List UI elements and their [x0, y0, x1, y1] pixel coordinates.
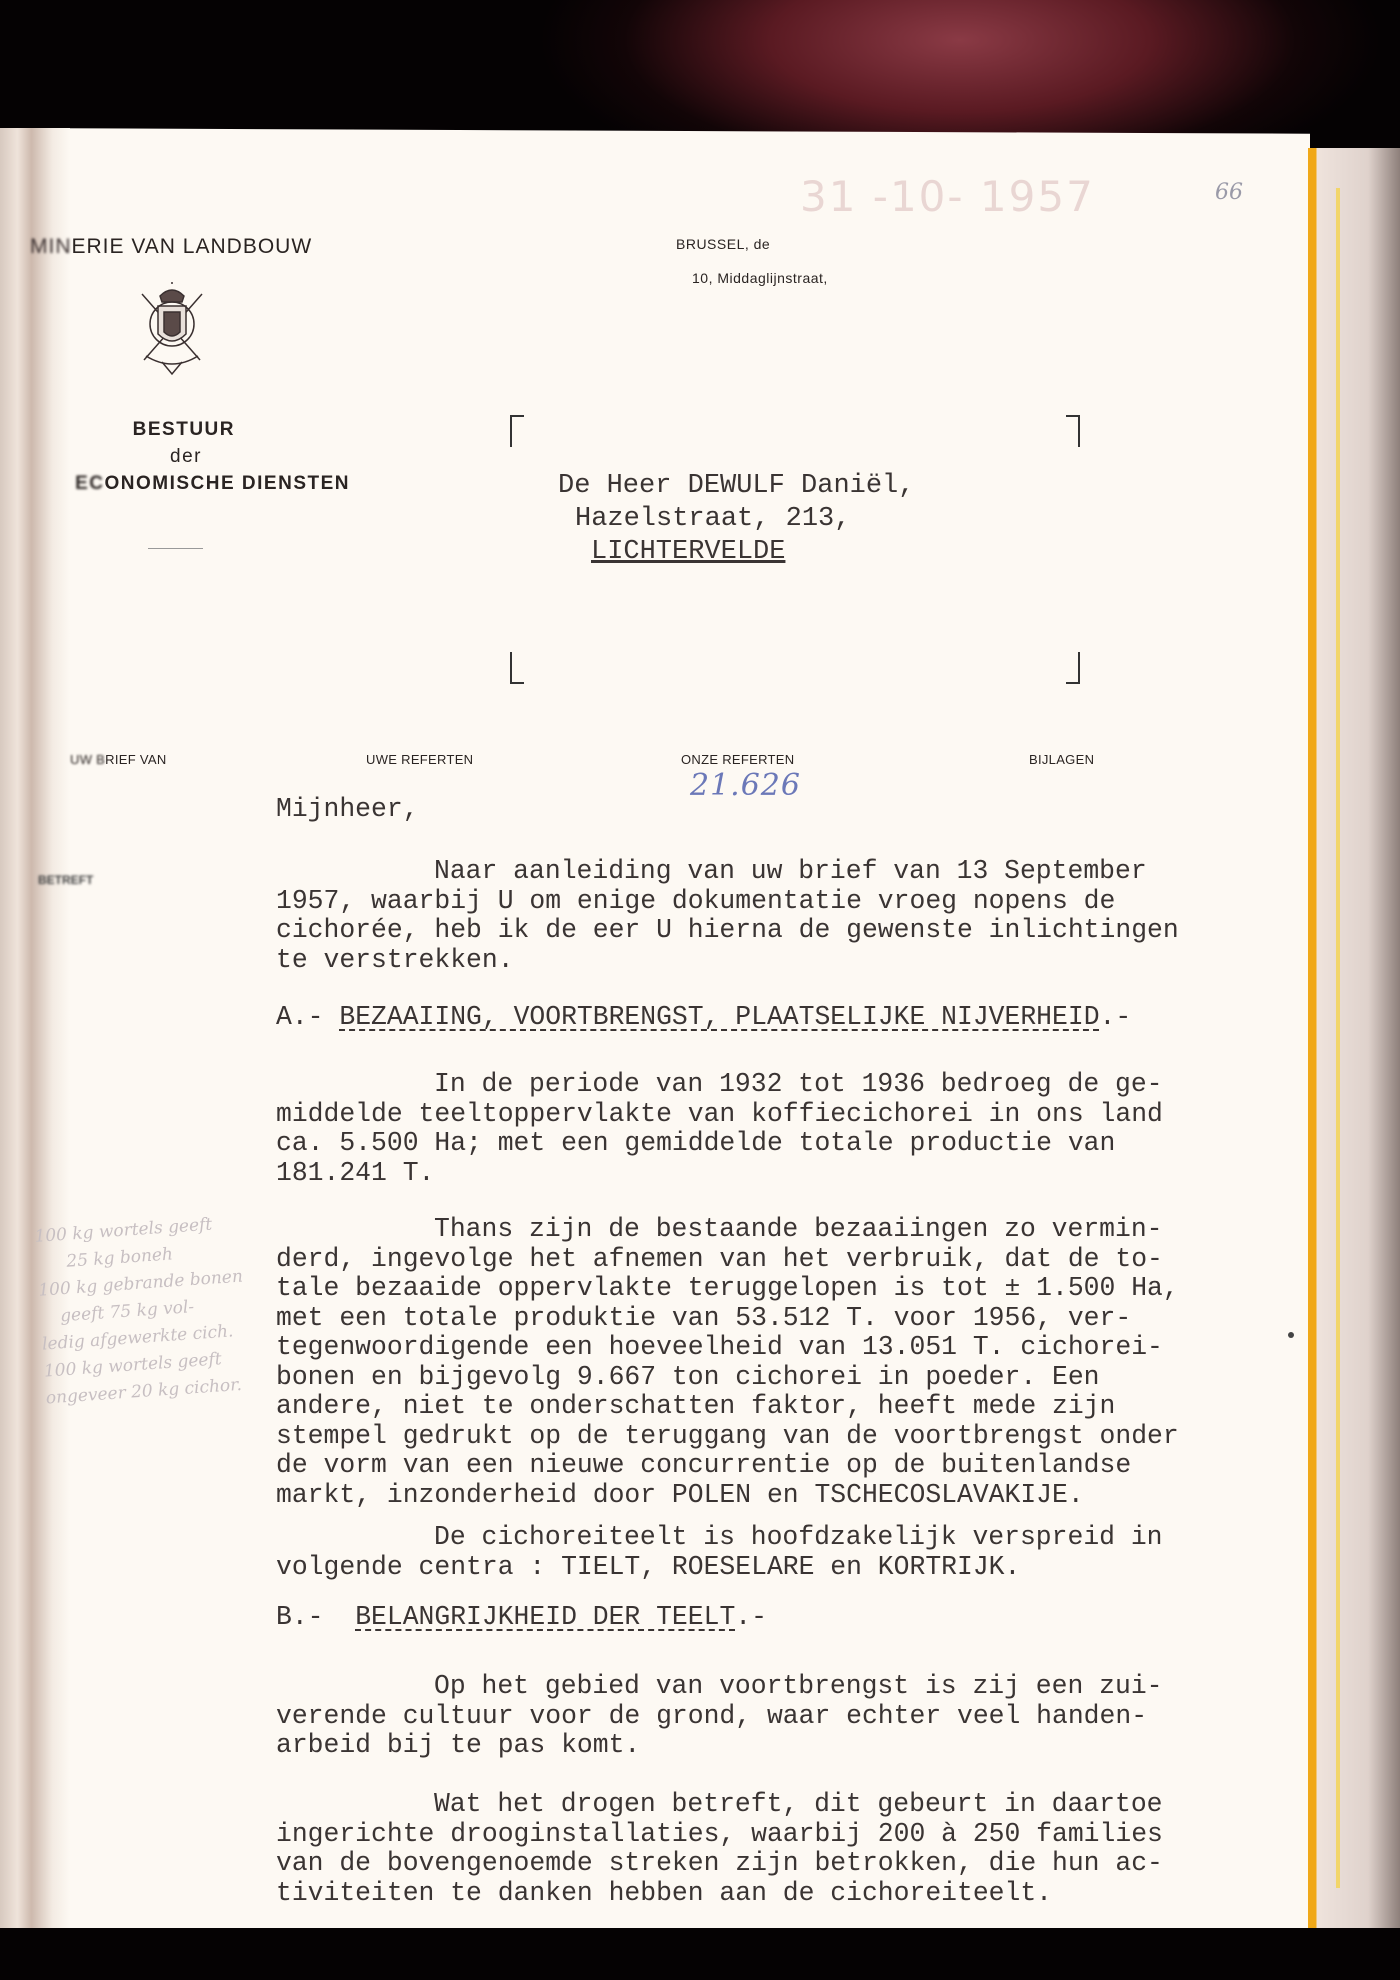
intro-line: cichorée, heb ik de eer U hierna de gewe… [276, 916, 1179, 946]
letterhead-city: BRUSSEL, de [676, 236, 770, 252]
section-a-suffix: .- [1100, 1002, 1132, 1032]
ref-label-uw-brief-van: UW BRIEF VAN [70, 752, 167, 767]
letter-page [0, 128, 1310, 1939]
text-line: markt, inzonderheid door POLEN en TSCHEC… [276, 1481, 1179, 1511]
salutation: Mijnheer, [276, 795, 419, 825]
text-line: 181.241 T. [276, 1159, 1163, 1189]
department-divider [148, 548, 203, 549]
address-bracket-top-left [510, 415, 524, 447]
text-line: In de periode van 1932 tot 1936 bedroeg … [276, 1070, 1163, 1100]
ref-label-onze-referten: ONZE REFERTEN [681, 752, 794, 767]
recipient-address: De Heer DEWULF Daniël, Hazelstraat, 213,… [558, 470, 914, 569]
section-b-paragraph-2: Wat het drogen betreft, dit gebeurt in d… [276, 1790, 1163, 1908]
text-line: de vorm van een nieuwe concurrentie op d… [276, 1451, 1179, 1481]
text-line: ca. 5.500 Ha; met een gemiddelde totale … [276, 1129, 1163, 1159]
yellow-tab [1336, 188, 1340, 1888]
text-line: Wat het drogen betreft, dit gebeurt in d… [276, 1790, 1163, 1820]
text-line: ingerichte drooginstallaties, waarbij 20… [276, 1820, 1163, 1850]
department-line3: ECONOMISCHE DIENSTEN [75, 473, 350, 494]
section-a-heading: A.- BEZAAIING, VOORTBRENGST, PLAATSELIJK… [276, 1003, 1131, 1033]
recipient-city: LICHTERVELDE [591, 537, 785, 567]
belgian-coat-of-arms-icon [132, 282, 212, 377]
text-line: met een totale produktie van 53.512 T. v… [276, 1304, 1179, 1334]
text-line: van de bovengenoemde streken zijn betrok… [276, 1849, 1163, 1879]
text-line: middelde teeltoppervlakte van koffiecich… [276, 1100, 1163, 1130]
section-b-suffix: .- [735, 1602, 767, 1632]
section-b-heading: B.- BELANGRIJKHEID DER TEELT.- [276, 1603, 767, 1633]
text-line: tiviteiten te danken hebben aan de cicho… [276, 1879, 1163, 1909]
recipient-street: Hazelstraat, 213, [558, 503, 914, 536]
recipient-name: De Heer DEWULF Daniël, [558, 470, 914, 503]
intro-line: 1957, waarbij U om enige dokumentatie vr… [276, 887, 1179, 917]
text-line: De cichoreiteelt is hoofdzakelijk verspr… [276, 1523, 1163, 1553]
ministry-prefix: MIN [30, 235, 72, 258]
ref-label-bijlagen: BIJLAGEN [1029, 752, 1094, 767]
page-number: 66 [1215, 180, 1243, 205]
department-line2: der [30, 443, 202, 470]
section-b-prefix: B.- [276, 1602, 355, 1632]
text-line: derd, ingevolge het afnemen van het verb… [276, 1245, 1179, 1275]
ref-label1-rest: RIEF VAN [105, 752, 166, 767]
section-a-paragraph-2: Thans zijn de bestaande bezaaiingen zo v… [276, 1215, 1179, 1510]
text-line: arbeid bij te pas komt. [276, 1731, 1163, 1761]
background-top [0, 0, 1400, 135]
intro-line: Naar aanleiding van uw brief van 13 Sept… [276, 857, 1179, 887]
department-line3-prefix: EC [75, 473, 104, 494]
text-line: tale bezaaide oppervlakte teruggelopen i… [276, 1274, 1179, 1304]
section-a-paragraph-3: De cichoreiteelt is hoofdzakelijk verspr… [276, 1523, 1163, 1582]
department-name: BESTUUR der ECONOMISCHE DIENSTEN [30, 416, 350, 497]
text-line: volgende centra : TIELT, ROESELARE en KO… [276, 1553, 1163, 1583]
book-gutter [0, 128, 70, 1933]
department-line3-rest: ONOMISCHE DIENSTEN [104, 473, 350, 494]
ink-dot [1288, 1332, 1294, 1338]
section-b-title: BELANGRIJKHEID DER TEELT [355, 1602, 735, 1632]
ministry-rest: ERIE VAN LANDBOUW [72, 235, 313, 258]
date-stamp: 31 -10- 1957 [800, 172, 1095, 221]
background-bottom [0, 1928, 1400, 1980]
text-line: andere, niet te onderschatten faktor, he… [276, 1392, 1179, 1422]
text-line: bonen en bijgevolg 9.667 ton cichorei in… [276, 1363, 1179, 1393]
ref-label1-prefix: UW B [70, 752, 105, 767]
ministry-name: MINERIE VAN LANDBOUW [30, 235, 312, 259]
section-a-title: BEZAAIING, VOORTBRENGST, PLAATSELIJKE NI… [339, 1002, 1099, 1032]
onze-referten-value: 21.626 [690, 768, 801, 803]
text-line: verende cultuur voor de grond, waar echt… [276, 1702, 1163, 1732]
page-edges [1308, 148, 1400, 1938]
betreft-label: BETREFT [38, 873, 93, 887]
text-line: Thans zijn de bestaande bezaaiingen zo v… [276, 1215, 1179, 1245]
section-a-paragraph-1: In de periode van 1932 tot 1936 bedroeg … [276, 1070, 1163, 1188]
department-line1: BESTUUR [30, 416, 235, 443]
section-a-prefix: A.- [276, 1002, 339, 1032]
text-line: tegenwoordigende een hoeveelheid van 13.… [276, 1333, 1179, 1363]
section-b-paragraph-1: Op het gebied van voortbrengst is zij ee… [276, 1672, 1163, 1761]
ref-label-uwe-referten: UWE REFERTEN [366, 752, 473, 767]
letterhead-street: 10, Middaglijnstraat, [692, 270, 828, 286]
address-bracket-bottom-right [1066, 652, 1080, 684]
intro-line: te verstrekken. [276, 946, 1179, 976]
address-bracket-top-right [1066, 415, 1080, 447]
handwritten-margin-notes: 100 kg wortels geeft 25 kg boneh 100 kg … [34, 1207, 297, 1413]
intro-paragraph: Naar aanleiding van uw brief van 13 Sept… [276, 857, 1179, 975]
text-line: Op het gebied van voortbrengst is zij ee… [276, 1672, 1163, 1702]
text-line: stempel gedrukt op de teruggang van de v… [276, 1422, 1179, 1452]
address-bracket-bottom-left [510, 652, 524, 684]
